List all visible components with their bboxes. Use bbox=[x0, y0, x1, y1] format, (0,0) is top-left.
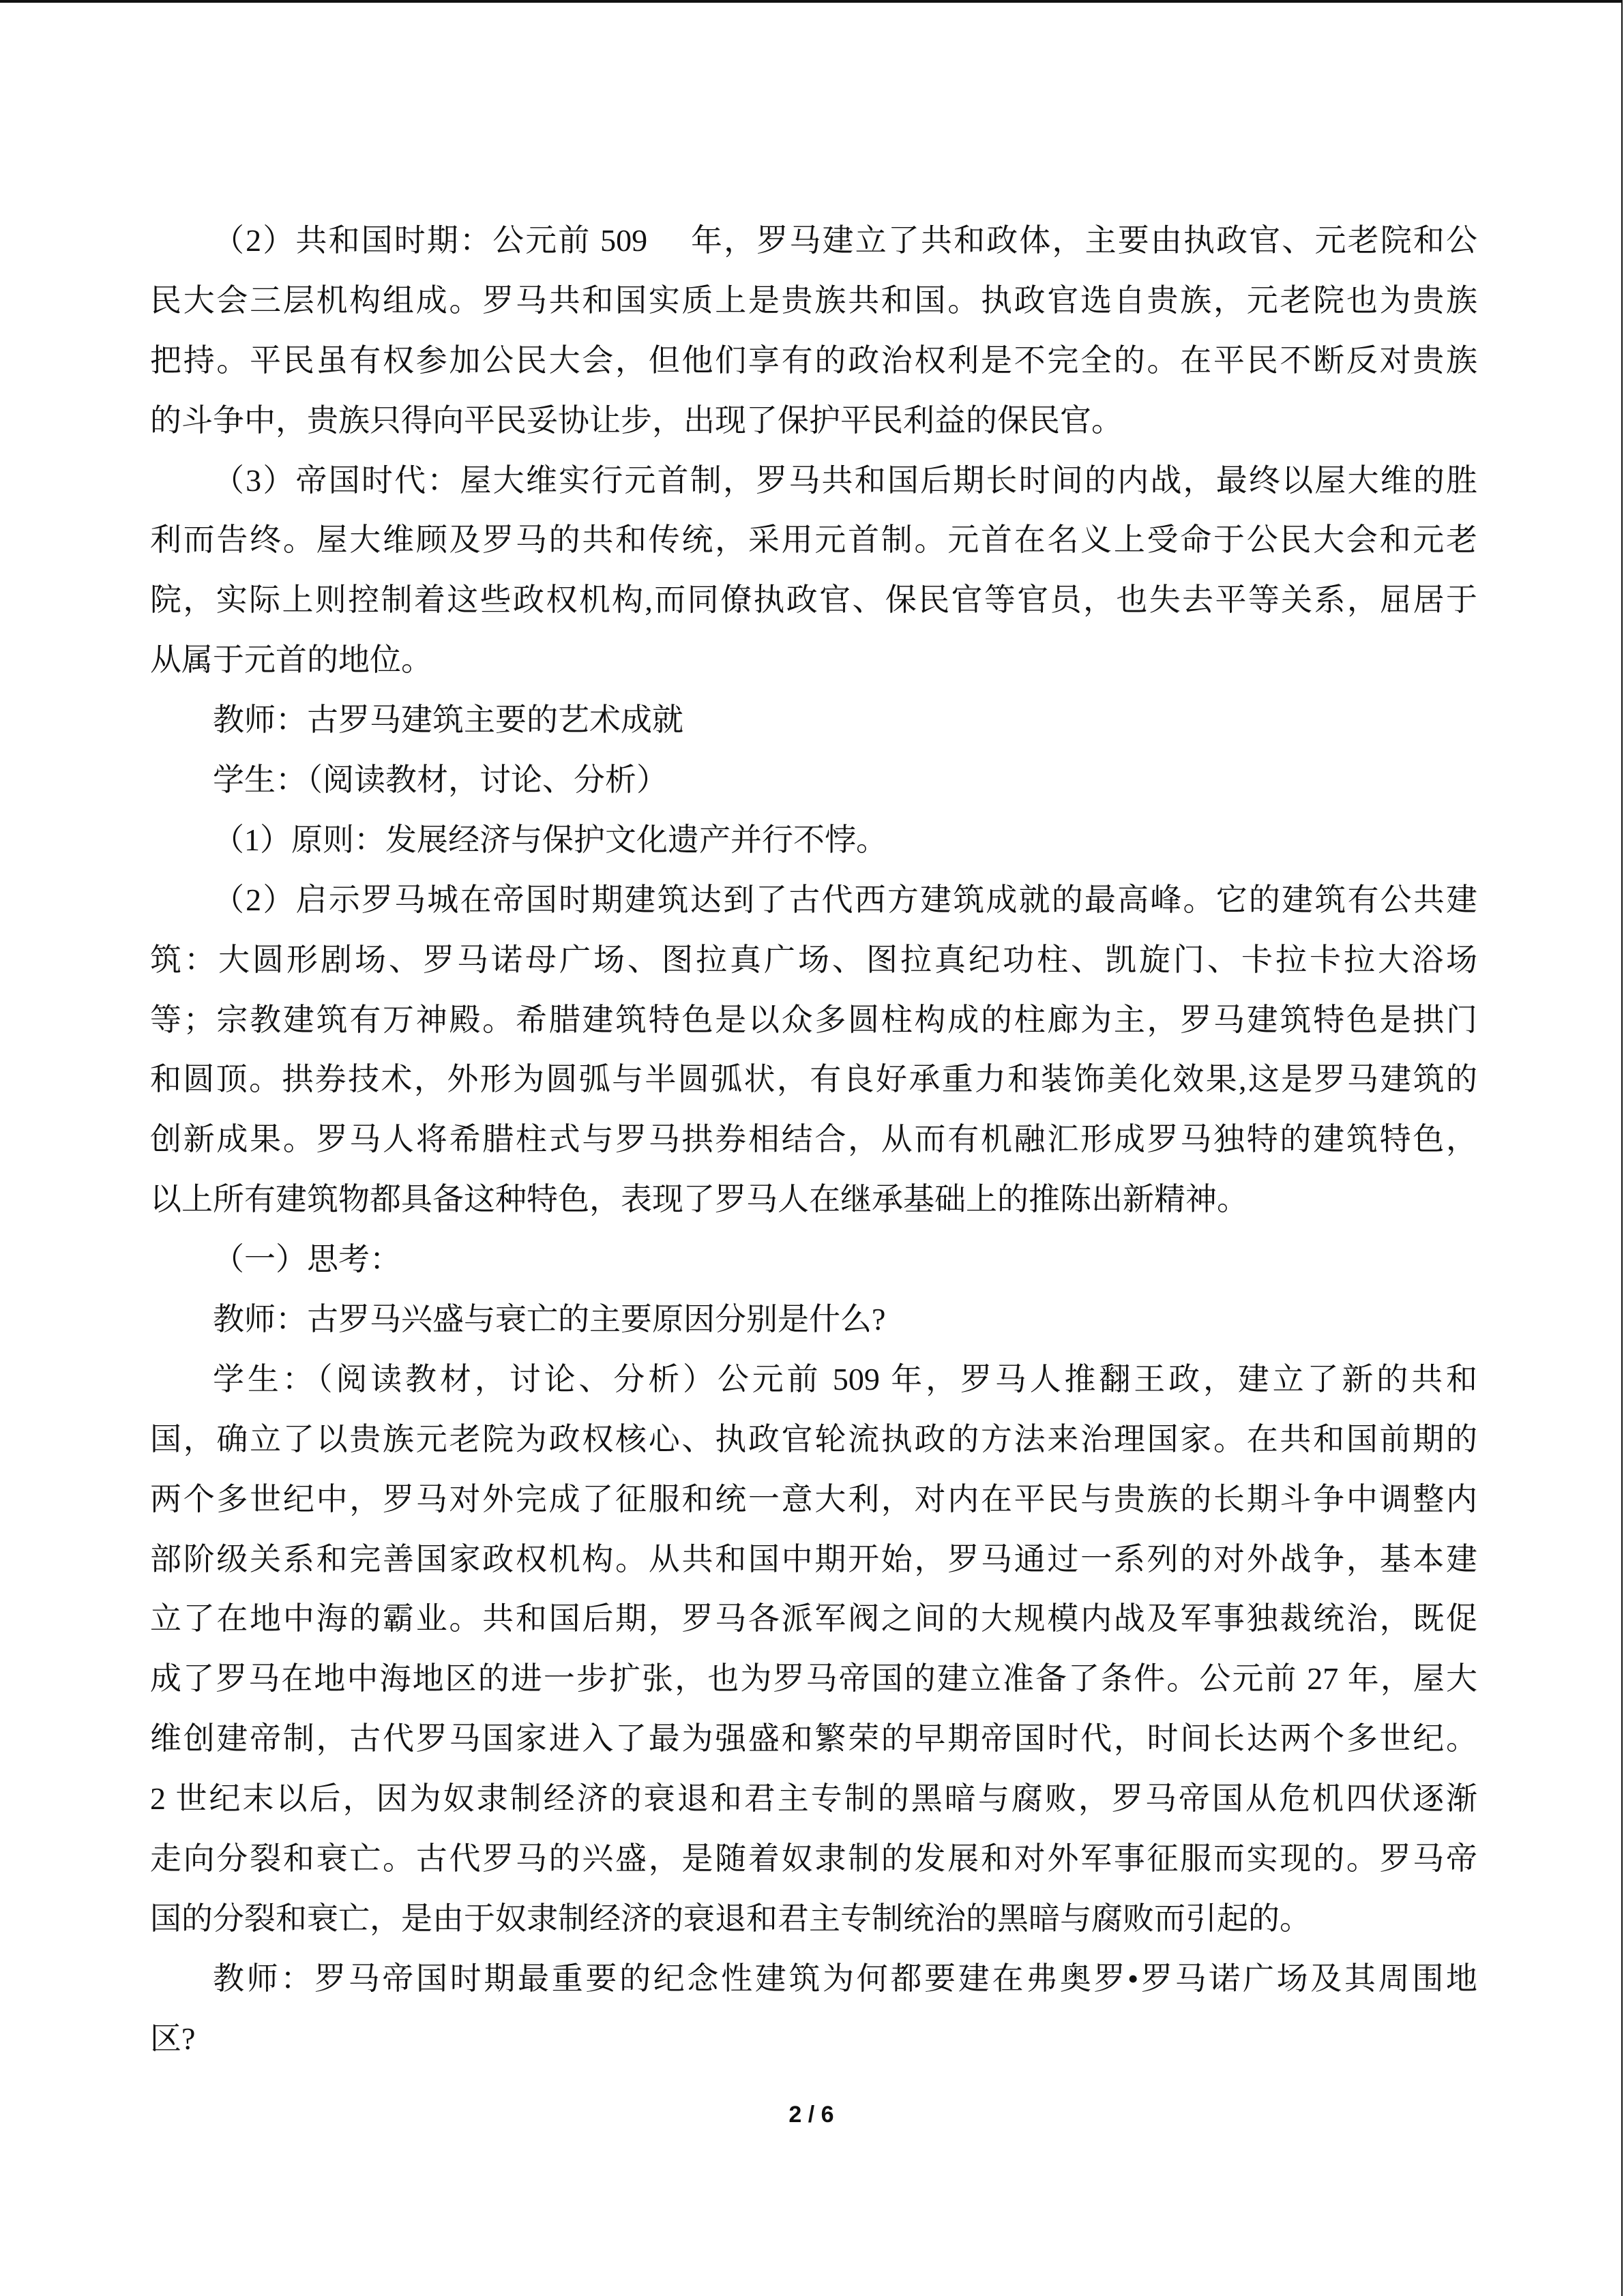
text-line: 利而告终。屋大维顾及罗马的共和传统，采用元首制。元首在名义上受命于公民大会和元老 bbox=[150, 510, 1477, 570]
text-line: （一）思考： bbox=[150, 1229, 1477, 1289]
text-line: 筑：大圆形剧场、罗马诺母广场、图拉真广场、图拉真纪功柱、凯旋门、卡拉卡拉大浴场 bbox=[150, 930, 1477, 990]
document-body: （2）共和国时期：公元前 509 年，罗马建立了共和政体，主要由执政官、元老院和… bbox=[150, 211, 1477, 2069]
section-heading-thinking: （一）思考： bbox=[150, 1229, 1477, 1289]
paragraph-teacher-question-forum: 教师：罗马帝国时期最重要的纪念性建筑为何都要建在弗奥罗•罗马诺广场及其周围地 区… bbox=[150, 1949, 1477, 2069]
page-number: 2 / 6 bbox=[0, 2102, 1623, 2128]
paragraph-teacher-question-architecture: 教师：古罗马建筑主要的艺术成就 bbox=[150, 690, 1477, 750]
paragraph-student-answer-rise-fall: 学生：（阅读教材，讨论、分析）公元前 509 年，罗马人推翻王政，建立了新的共和… bbox=[150, 1350, 1477, 1949]
text-line: 以上所有建筑物都具备这种特色，表现了罗马人在继承基础上的推陈出新精神。 bbox=[150, 1169, 1477, 1229]
text-line: 维创建帝制，古代罗马国家进入了最为强盛和繁荣的早期帝国时代，时间长达两个多世纪。 bbox=[150, 1709, 1477, 1769]
text-line: 等；宗教建筑有万神殿。希腊建筑特色是以众多圆柱构成的柱廊为主，罗马建筑特色是拱门 bbox=[150, 990, 1477, 1050]
text-line: 走向分裂和衰亡。古代罗马的兴盛，是随着奴隶制的发展和对外军事征服而实现的。罗马帝 bbox=[150, 1829, 1477, 1889]
paragraph-inspiration: （2）启示罗马城在帝国时期建筑达到了古代西方建筑成就的最高峰。它的建筑有公共建 … bbox=[150, 870, 1477, 1229]
text-line: 2 世纪末以后，因为奴隶制经济的衰退和君主专制的黑暗与腐败，罗马帝国从危机四伏逐… bbox=[150, 1769, 1477, 1829]
text-line: 国的分裂和衰亡，是由于奴隶制经济的衰退和君主专制统治的黑暗与腐败而引起的。 bbox=[150, 1889, 1477, 1949]
text-line: （2）共和国时期：公元前 509 年，罗马建立了共和政体，主要由执政官、元老院和… bbox=[150, 211, 1477, 271]
paragraph-principle: （1）原则：发展经济与保护文化遗产并行不悖。 bbox=[150, 810, 1477, 870]
text-line: （2）启示罗马城在帝国时期建筑达到了古代西方建筑成就的最高峰。它的建筑有公共建 bbox=[150, 870, 1477, 930]
text-line: 从属于元首的地位。 bbox=[150, 630, 1477, 690]
text-line: 教师：古罗马建筑主要的艺术成就 bbox=[150, 690, 1477, 750]
paragraph-student-reading: 学生：（阅读教材，讨论、分析） bbox=[150, 750, 1477, 810]
text-line: （3）帝国时代：屋大维实行元首制，罗马共和国后期长时间的内战，最终以屋大维的胜 bbox=[150, 451, 1477, 511]
text-line: （1）原则：发展经济与保护文化遗产并行不悖。 bbox=[150, 810, 1477, 870]
paragraph-republic-period: （2）共和国时期：公元前 509 年，罗马建立了共和政体，主要由执政官、元老院和… bbox=[150, 211, 1477, 451]
text-line: 区? bbox=[150, 2009, 1477, 2069]
paragraph-teacher-question-rise-fall: 教师：古罗马兴盛与衰亡的主要原因分别是什么? bbox=[150, 1289, 1477, 1350]
text-line: 成了罗马在地中海地区的进一步扩张，也为罗马帝国的建立准备了条件。公元前 27 年… bbox=[150, 1649, 1477, 1709]
text-line: 学生：（阅读教材，讨论、分析）公元前 509 年，罗马人推翻王政，建立了新的共和 bbox=[150, 1350, 1477, 1410]
text-line: 教师：罗马帝国时期最重要的纪念性建筑为何都要建在弗奥罗•罗马诺广场及其周围地 bbox=[150, 1949, 1477, 2009]
document-page: （2）共和国时期：公元前 509 年，罗马建立了共和政体，主要由执政官、元老院和… bbox=[0, 0, 1623, 2296]
text-line: 国，确立了以贵族元老院为政权核心、执政官轮流执政的方法来治理国家。在共和国前期的 bbox=[150, 1410, 1477, 1470]
text-line: 创新成果。罗马人将希腊柱式与罗马拱券相结合，从而有机融汇形成罗马独特的建筑特色， bbox=[150, 1109, 1477, 1169]
paragraph-empire-period: （3）帝国时代：屋大维实行元首制，罗马共和国后期长时间的内战，最终以屋大维的胜 … bbox=[150, 451, 1477, 691]
text-line: 立了在地中海的霸业。共和国后期，罗马各派军阀之间的大规模内战及军事独裁统治，既促 bbox=[150, 1589, 1477, 1649]
text-line: 把持。平民虽有权参加公民大会，但他们享有的政治权利是不完全的。在平民不断反对贵族 bbox=[150, 331, 1477, 391]
text-line: 的斗争中，贵族只得向平民妥协让步，出现了保护平民利益的保民官。 bbox=[150, 391, 1477, 451]
text-line: 和圆顶。拱券技术，外形为圆弧与半圆弧状，有良好承重力和装饰美化效果,这是罗马建筑… bbox=[150, 1049, 1477, 1109]
text-line: 部阶级关系和完善国家政权机构。从共和国中期开始，罗马通过一系列的对外战争，基本建 bbox=[150, 1530, 1477, 1590]
text-line: 教师：古罗马兴盛与衰亡的主要原因分别是什么? bbox=[150, 1289, 1477, 1350]
text-line: 院，实际上则控制着这些政权机构,而同僚执政官、保民官等官员，也失去平等关系，屈居… bbox=[150, 570, 1477, 630]
text-line: 两个多世纪中，罗马对外完成了征服和统一意大利，对内在平民与贵族的长期斗争中调整内 bbox=[150, 1470, 1477, 1530]
text-line: 学生：（阅读教材，讨论、分析） bbox=[150, 750, 1477, 810]
text-line: 民大会三层机构组成。罗马共和国实质上是贵族共和国。执政官选自贵族，元老院也为贵族 bbox=[150, 271, 1477, 331]
